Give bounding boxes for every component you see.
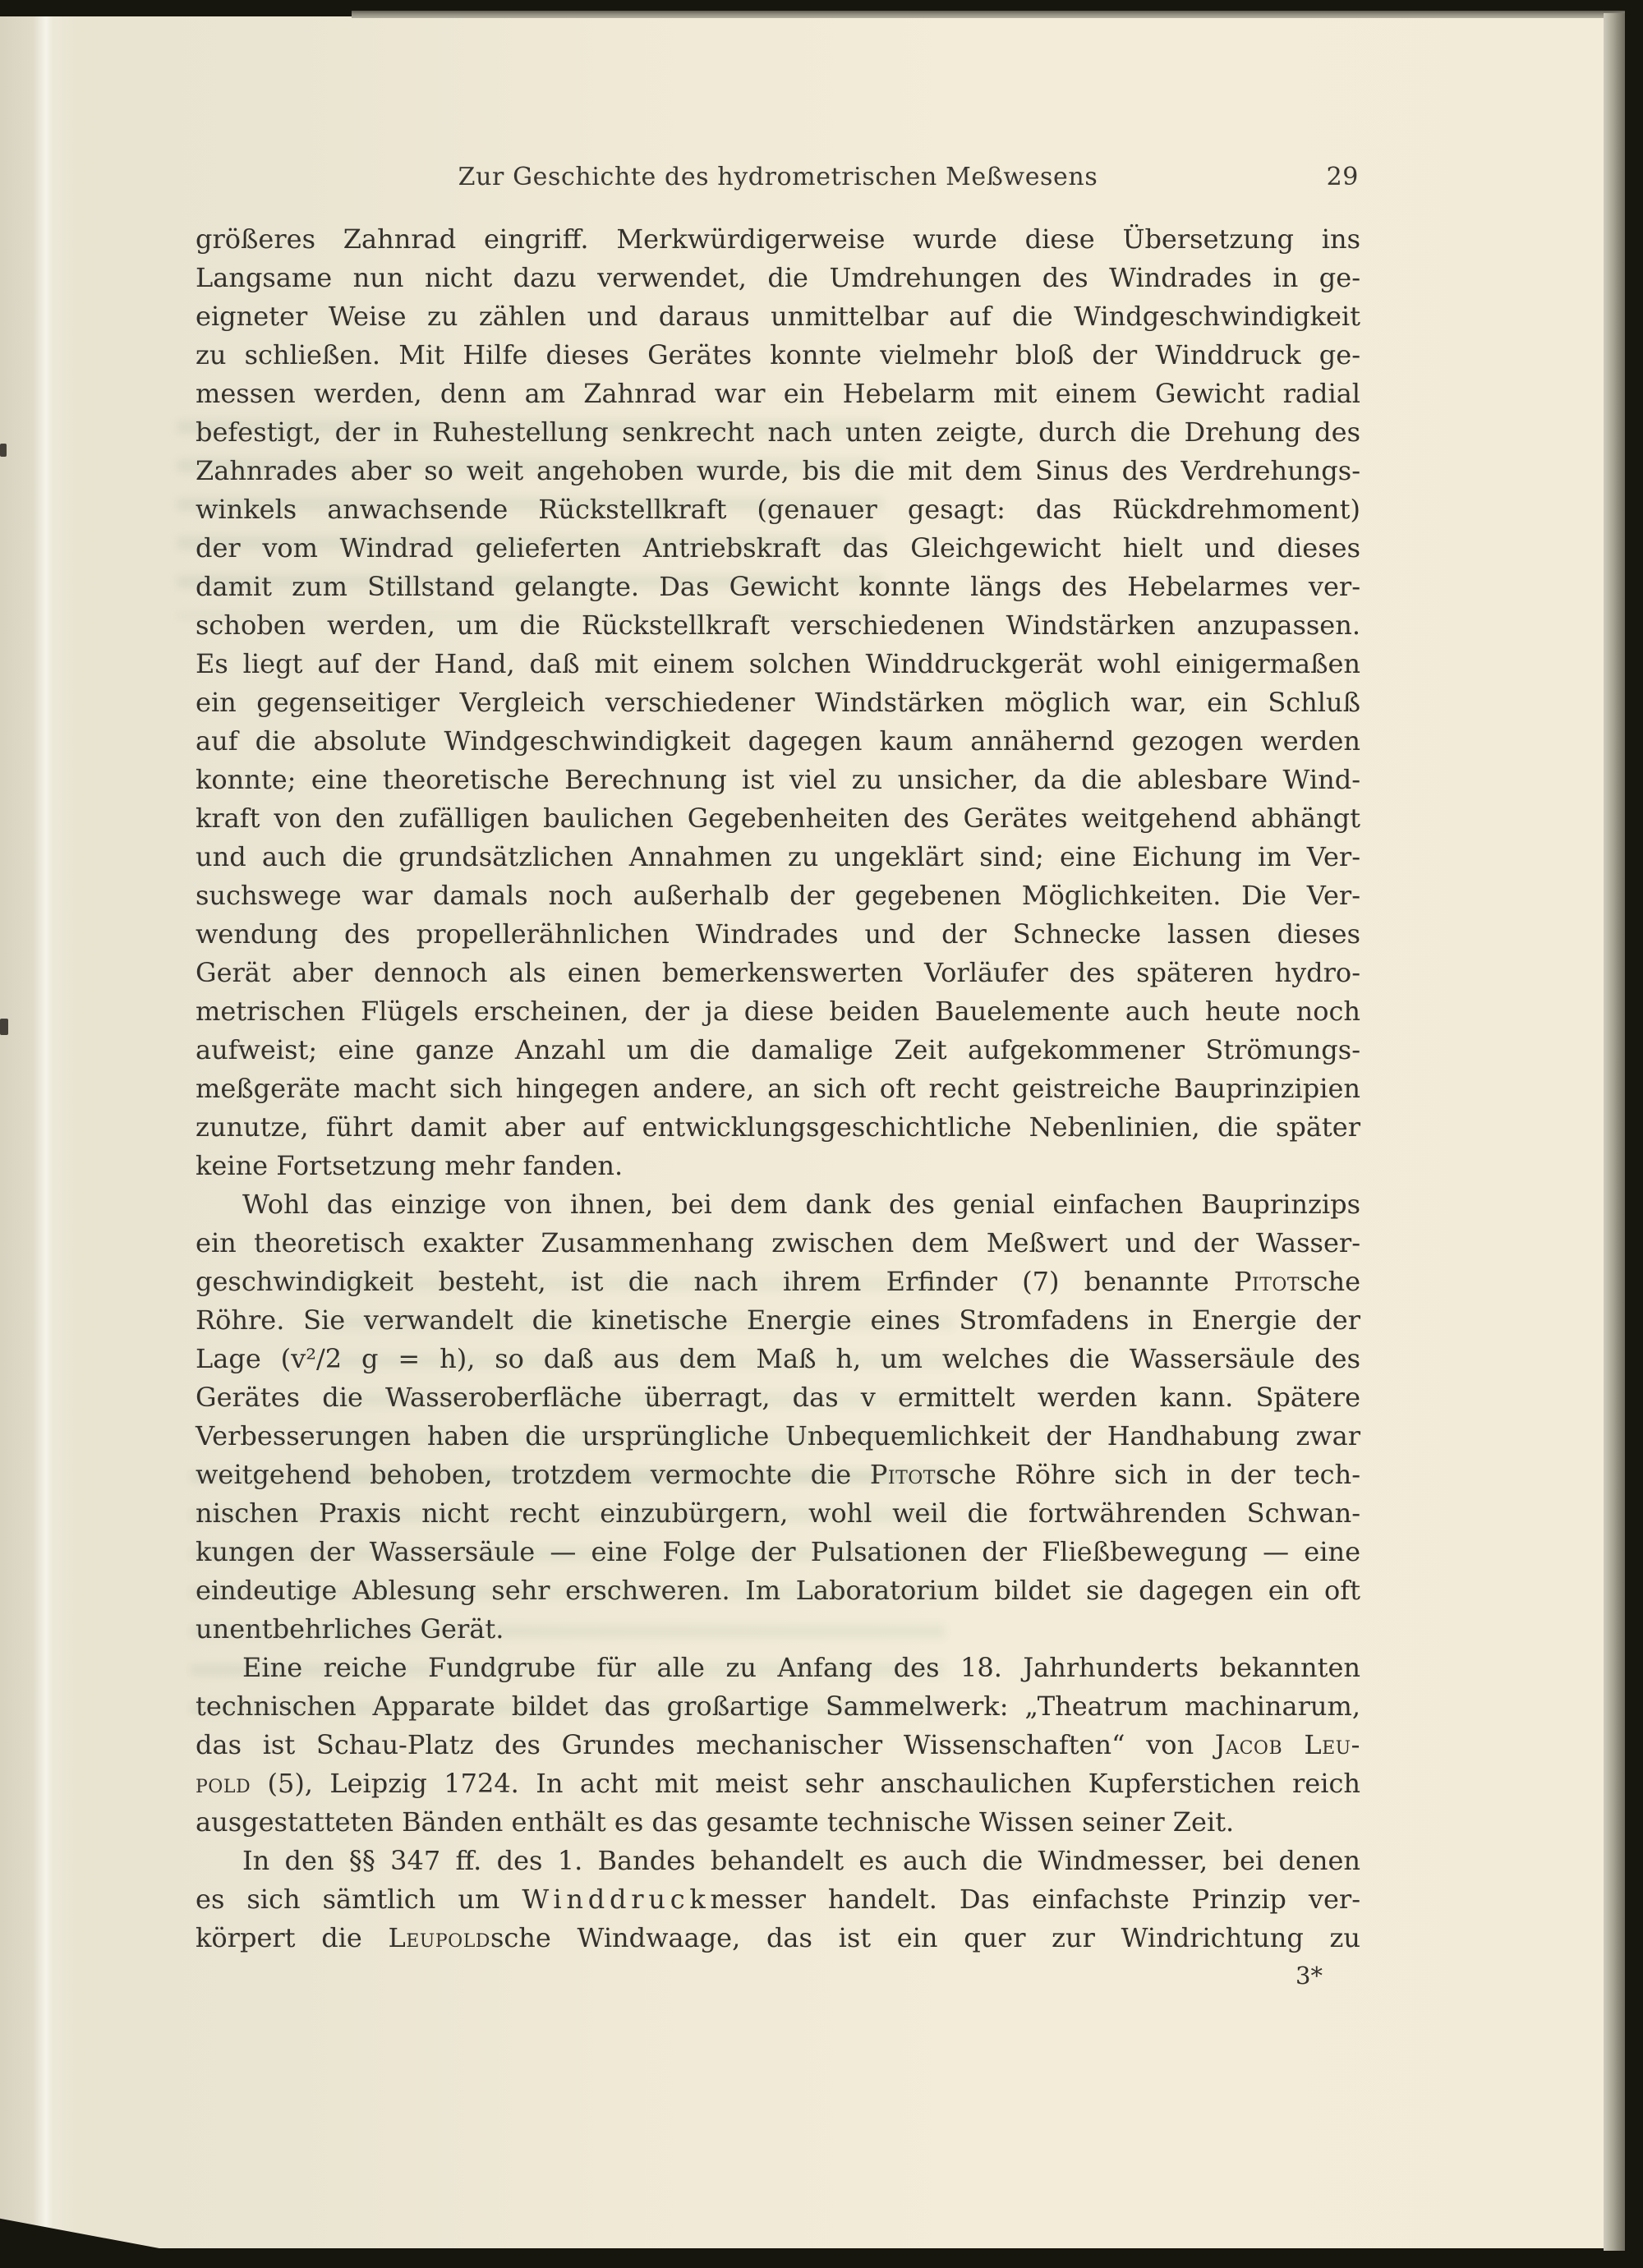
text-segment: Jacob Leu- (1215, 1729, 1360, 1760)
page-edge-mark (0, 444, 7, 457)
text-segment: suchswege war damals noch außerhalb der … (196, 880, 1360, 911)
text-segment: schoben werden, um die Rückstellkraft ve… (196, 610, 1360, 641)
text-line: technischen Apparate bildet das großarti… (196, 1687, 1360, 1726)
text-segment: pold (196, 1768, 251, 1799)
text-line: Wohl das einzige von ihnen, bei dem dank… (196, 1185, 1360, 1224)
text-segment: zu schließen. Mit Hilfe dieses Gerätes k… (196, 339, 1360, 370)
text-line: eindeutige Ablesung sehr erschweren. Im … (196, 1571, 1360, 1610)
text-segment: Eine reiche Fundgrube für alle zu Anfang… (242, 1652, 1360, 1683)
paragraph: Wohl das einzige von ihnen, bei dem dank… (196, 1185, 1360, 1649)
text-segment: sche Röhre sich in der tech- (936, 1459, 1360, 1490)
text-line: es sich sämtlich um Winddruckmesser hand… (196, 1880, 1360, 1919)
text-segment: Winddruck (522, 1884, 710, 1915)
text-line: In den §§ 347 ff. des 1. Bandes behandel… (196, 1842, 1360, 1880)
text-line: schoben werden, um die Rückstellkraft ve… (196, 606, 1360, 645)
text-line: Zahnrades aber so weit angehoben wurde, … (196, 452, 1360, 490)
text-line: zu schließen. Mit Hilfe dieses Gerätes k… (196, 336, 1360, 375)
text-segment: konnte; eine theoretische Berechnung ist… (196, 764, 1360, 795)
text-segment: wendung des propellerähnlichen Windrades… (196, 918, 1360, 950)
text-segment: Es liegt auf der Hand, daß mit einem sol… (196, 648, 1360, 679)
text-line: nischen Praxis nicht recht einzubürgern,… (196, 1494, 1360, 1533)
text-segment: meßgeräte macht sich hingegen andere, an… (196, 1073, 1360, 1104)
running-header: Zur Geschichte des hydrometrischen Meßwe… (196, 163, 1360, 197)
text-line: größeres Zahnrad eingriff. Merkwürdigerw… (196, 220, 1360, 259)
text-line: metrischen Flügels erscheinen, der ja di… (196, 992, 1360, 1031)
text-line: kungen der Wassersäule — eine Folge der … (196, 1533, 1360, 1571)
text-line: Röhre. Sie verwandelt die kinetische Ene… (196, 1301, 1360, 1340)
text-line: geschwindigkeit besteht, ist die nach ih… (196, 1263, 1360, 1301)
text-line: auf die absolute Windgeschwindigkeit dag… (196, 722, 1360, 761)
paragraph: größeres Zahnrad eingriff. Merkwürdigerw… (196, 220, 1360, 1185)
text-line: Langsame nun nicht dazu verwendet, die U… (196, 259, 1360, 297)
text-line: winkels anwachsende Rückstellkraft (gena… (196, 490, 1360, 529)
text-line: kraft von den zufälligen baulichen Gegeb… (196, 799, 1360, 838)
running-header-title: Zur Geschichte des hydrometrischen Meßwe… (196, 163, 1360, 191)
text-segment: kraft von den zufälligen baulichen Gegeb… (196, 803, 1360, 834)
page-number: 29 (1327, 163, 1359, 191)
text-line: Gerätes die Wasseroberfläche überragt, d… (196, 1378, 1360, 1417)
binding-gutter-shadow (0, 16, 90, 2248)
page-stack-edge-right (1604, 13, 1625, 2251)
text-line: aufweist; eine ganze Anzahl um die damal… (196, 1031, 1360, 1070)
text-segment: Lage (v²/2 g = h), so daß aus dem Maß h,… (196, 1343, 1360, 1374)
text-line: Es liegt auf der Hand, daß mit einem sol… (196, 645, 1360, 683)
text-line: der vom Windrad gelieferten Antriebskraf… (196, 529, 1360, 568)
text-segment: winkels anwachsende Rückstellkraft (gena… (196, 494, 1360, 525)
page-edge-mark (0, 1019, 8, 1035)
text-segment: zunutze, führt damit aber auf entwicklun… (196, 1111, 1360, 1143)
text-line: damit zum Stillstand gelangte. Das Gewic… (196, 568, 1360, 606)
text-line: ein gegenseitiger Vergleich verschiedene… (196, 683, 1360, 722)
text-segment: Verbesserungen haben die ursprüngliche U… (196, 1420, 1360, 1451)
paragraph: In den §§ 347 ff. des 1. Bandes behandel… (196, 1842, 1360, 1957)
text-segment: weitgehend behoben, trotzdem vermochte d… (196, 1459, 870, 1490)
text-line: ein theoretisch exakter Zusammenhang zwi… (196, 1224, 1360, 1263)
text-line: Verbesserungen haben die ursprüngliche U… (196, 1417, 1360, 1456)
text-segment: das ist Schau-Platz des Grundes mechanis… (196, 1729, 1215, 1760)
book-page-scan: Zur Geschichte des hydrometrischen Meßwe… (0, 0, 1643, 2268)
page-body-text: größeres Zahnrad eingriff. Merkwürdigerw… (196, 220, 1360, 1957)
text-segment: Leupold (389, 1922, 490, 1953)
text-segment: sche Windwaage, das ist ein quer zur Win… (490, 1922, 1360, 1953)
text-segment: damit zum Stillstand gelangte. Das Gewic… (196, 571, 1360, 602)
text-segment: es sich sämtlich um (196, 1884, 522, 1915)
text-segment: der vom Windrad gelieferten Antriebskraf… (196, 532, 1360, 564)
text-segment: kungen der Wassersäule — eine Folge der … (196, 1536, 1360, 1567)
text-segment: größeres Zahnrad eingriff. Merkwürdigerw… (196, 223, 1360, 255)
signature-mark: 3* (1296, 1962, 1323, 1990)
text-line: meßgeräte macht sich hingegen andere, an… (196, 1070, 1360, 1108)
text-segment: Gerätes die Wasseroberfläche überragt, d… (196, 1382, 1360, 1413)
text-line: eigneter Weise zu zählen und daraus unmi… (196, 297, 1360, 336)
text-line: befestigt, der in Ruhestellung senkrecht… (196, 413, 1360, 452)
text-segment: befestigt, der in Ruhestellung senkrecht… (196, 416, 1360, 448)
text-line: Lage (v²/2 g = h), so daß aus dem Maß h,… (196, 1340, 1360, 1378)
text-segment: (5), Leipzig 1724. In acht mit meist seh… (251, 1768, 1360, 1799)
text-segment: metrischen Flügels erscheinen, der ja di… (196, 996, 1360, 1027)
text-line: keine Fortsetzung mehr fanden. (196, 1147, 1360, 1185)
text-segment: Langsame nun nicht dazu verwendet, die U… (196, 262, 1360, 293)
text-segment: ausgestatteten Bänden enthält es das ges… (196, 1806, 1234, 1838)
text-line: suchswege war damals noch außerhalb der … (196, 876, 1360, 915)
text-segment: Pitot (870, 1459, 936, 1490)
text-segment: Gerät aber dennoch als einen bemerkenswe… (196, 957, 1360, 988)
text-line: Eine reiche Fundgrube für alle zu Anfang… (196, 1649, 1360, 1687)
text-segment: technischen Apparate bildet das großarti… (196, 1691, 1360, 1722)
text-segment: Zahnrades aber so weit angehoben wurde, … (196, 455, 1360, 486)
text-line: konnte; eine theoretische Berechnung ist… (196, 761, 1360, 799)
text-segment: messer handelt. Das einfachste Prinzip v… (711, 1884, 1360, 1915)
text-segment: geschwindigkeit besteht, ist die nach ih… (196, 1266, 1234, 1297)
text-segment: und auch die grundsätzlichen Annahmen zu… (196, 841, 1360, 872)
text-line: weitgehend behoben, trotzdem vermochte d… (196, 1456, 1360, 1494)
text-segment: In den §§ 347 ff. des 1. Bandes behandel… (242, 1845, 1360, 1876)
text-segment: auf die absolute Windgeschwindigkeit dag… (196, 725, 1360, 757)
text-segment: körpert die (196, 1922, 389, 1953)
text-segment: eindeutige Ablesung sehr erschweren. Im … (196, 1575, 1360, 1606)
text-segment: eigneter Weise zu zählen und daraus unmi… (196, 301, 1360, 332)
page-stack-edge-top (352, 11, 1625, 18)
text-segment: Wohl das einzige von ihnen, bei dem dank… (242, 1189, 1360, 1220)
text-segment: messen werden, denn am Zahnrad war ein H… (196, 378, 1360, 409)
text-line: messen werden, denn am Zahnrad war ein H… (196, 375, 1360, 413)
text-segment: keine Fortsetzung mehr fanden. (196, 1150, 623, 1181)
text-segment: ein gegenseitiger Vergleich verschiedene… (196, 687, 1360, 718)
text-segment: ein theoretisch exakter Zusammenhang zwi… (196, 1227, 1360, 1258)
text-line: das ist Schau-Platz des Grundes mechanis… (196, 1726, 1360, 1764)
text-segment: Pitot (1234, 1266, 1300, 1297)
text-line: unentbehrliches Gerät. (196, 1610, 1360, 1649)
text-line: Gerät aber dennoch als einen bemerkenswe… (196, 954, 1360, 992)
paragraph: Eine reiche Fundgrube für alle zu Anfang… (196, 1649, 1360, 1842)
text-line: und auch die grundsätzlichen Annahmen zu… (196, 838, 1360, 876)
text-segment: unentbehrliches Gerät. (196, 1613, 504, 1645)
text-segment: sche (1300, 1266, 1360, 1297)
text-line: ausgestatteten Bänden enthält es das ges… (196, 1803, 1360, 1842)
text-line: wendung des propellerähnlichen Windrades… (196, 915, 1360, 954)
text-segment: nischen Praxis nicht recht einzubürgern,… (196, 1497, 1360, 1529)
text-segment: aufweist; eine ganze Anzahl um die damal… (196, 1034, 1360, 1065)
text-line: körpert die Leupoldsche Windwaage, das i… (196, 1919, 1360, 1957)
text-segment: Röhre. Sie verwandelt die kinetische Ene… (196, 1304, 1360, 1336)
text-line: pold (5), Leipzig 1724. In acht mit meis… (196, 1764, 1360, 1803)
text-line: zunutze, führt damit aber auf entwicklun… (196, 1108, 1360, 1147)
